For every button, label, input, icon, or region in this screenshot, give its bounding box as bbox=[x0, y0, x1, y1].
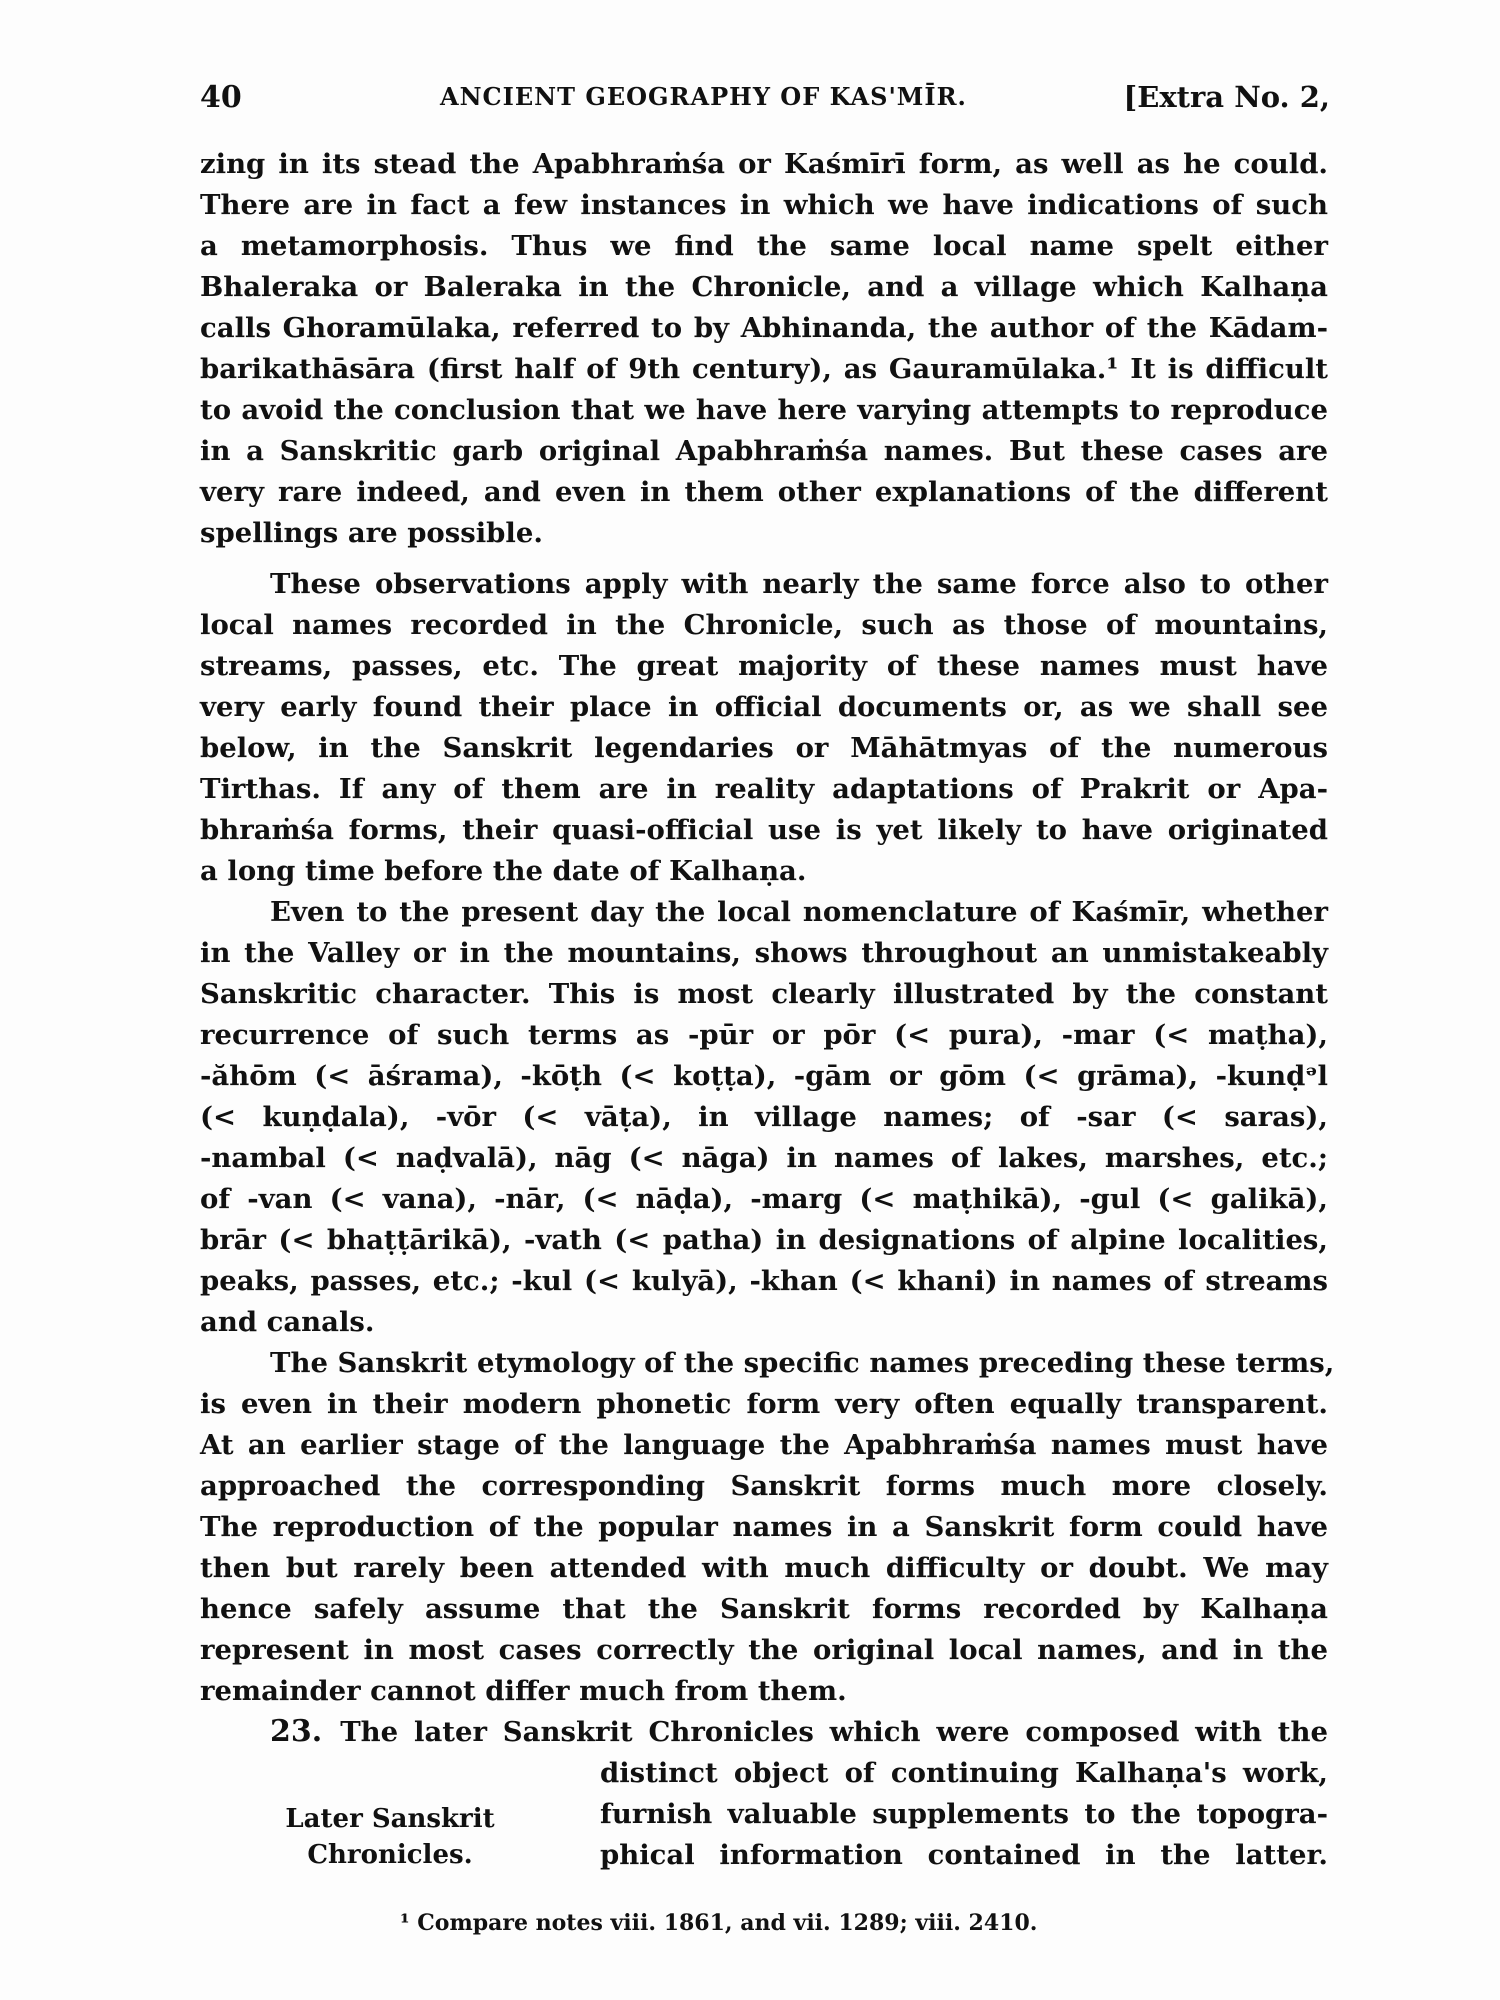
text-line: of -van (< vana), -nār, (< nāḍa), -marg … bbox=[200, 1180, 1328, 1218]
text-line: bhraṁśa forms, their quasi-official use … bbox=[200, 811, 1328, 849]
text-line: to avoid the conclusion that we have her… bbox=[200, 391, 1328, 429]
text-line: below, in the Sanskrit legendaries or Mā… bbox=[200, 729, 1328, 767]
text-line: -nambal (< naḍvalā), nāg (< nāga) in nam… bbox=[200, 1139, 1328, 1177]
text-line: calls Ghoramūlaka, referred to by Abhina… bbox=[200, 309, 1328, 347]
text-line: remainder cannot differ much from them. bbox=[200, 1672, 1328, 1710]
text-line: represent in most cases correctly the or… bbox=[200, 1631, 1328, 1669]
page-number: 40 bbox=[200, 80, 242, 115]
text-line: in the Valley or in the mountains, shows… bbox=[200, 934, 1328, 972]
text-line: streams, passes, etc. The great majority… bbox=[200, 647, 1328, 685]
text-line: zing in its stead the Apabhraṁśa or Kaśm… bbox=[200, 145, 1328, 183]
text-line: brār (< bhaṭṭārikā), -vath (< patha) in … bbox=[200, 1221, 1328, 1259]
text-line: phical information contained in the latt… bbox=[600, 1836, 1328, 1874]
book-page: 40 ANCIENT GEOGRAPHY OF KAS'MĪR. [Extra … bbox=[0, 0, 1500, 2000]
text-line: -ăhōm (< āśrama), -kōṭh (< koṭṭa), -gām … bbox=[200, 1057, 1328, 1095]
text-line: a long time before the date of Kalhaṇa. bbox=[200, 852, 1328, 890]
section-number: 23. bbox=[270, 1714, 322, 1749]
running-title: ANCIENT GEOGRAPHY OF KAS'MĪR. bbox=[440, 82, 967, 111]
page-header: 40 ANCIENT GEOGRAPHY OF KAS'MĪR. [Extra … bbox=[200, 78, 1330, 118]
text-line: There are in fact a few instances in whi… bbox=[200, 186, 1328, 224]
text-line: furnish valuable supplements to the topo… bbox=[600, 1795, 1328, 1833]
text-line: The reproduction of the popular names in… bbox=[200, 1508, 1328, 1546]
text-line: spellings are possible. bbox=[200, 514, 1328, 552]
text-line: very rare indeed, and even in them other… bbox=[200, 473, 1328, 511]
section-first-line-text: The later Sanskrit Chronicles which were… bbox=[340, 1716, 1328, 1748]
text-line: local names recorded in the Chronicle, s… bbox=[200, 606, 1328, 644]
text-line: is even in their modern phonetic form ve… bbox=[200, 1385, 1328, 1423]
section-first-line: 23.The later Sanskrit Chronicles which w… bbox=[270, 1713, 1328, 1751]
text-line: The Sanskrit etymology of the specific n… bbox=[270, 1344, 1328, 1382]
text-line: and canals. bbox=[200, 1303, 1328, 1341]
series-note: [Extra No. 2, bbox=[1124, 80, 1330, 114]
text-line: distinct object of continuing Kalhaṇa's … bbox=[600, 1754, 1328, 1792]
text-line: Even to the present day the local nomenc… bbox=[270, 893, 1328, 931]
text-line: a metamorphosis. Thus we find the same l… bbox=[200, 227, 1328, 265]
text-line: At an earlier stage of the language the … bbox=[200, 1426, 1328, 1464]
text-line: Sanskritic character. This is most clear… bbox=[200, 975, 1328, 1013]
text-line: barikathāsāra (first half of 9th century… bbox=[200, 350, 1328, 388]
margin-heading-line: Later Sanskrit bbox=[240, 1801, 540, 1837]
footnote: ¹ Compare notes viii. 1861, and vii. 128… bbox=[400, 1908, 1120, 1938]
text-line: then but rarely been attended with much … bbox=[200, 1549, 1328, 1587]
text-line: Bhaleraka or Baleraka in the Chronicle, … bbox=[200, 268, 1328, 306]
margin-heading-line: Chronicles. bbox=[240, 1837, 540, 1873]
text-line: approached the corresponding Sanskrit fo… bbox=[200, 1467, 1328, 1505]
text-line: hence safely assume that the Sanskrit fo… bbox=[200, 1590, 1328, 1628]
text-line: peaks, passes, etc.; -kul (< kulyā), -kh… bbox=[200, 1262, 1328, 1300]
text-line: in a Sanskritic garb original Apabhraṁśa… bbox=[200, 432, 1328, 470]
text-line: (< kuṇḍala), -vōr (< vāṭa), in village n… bbox=[200, 1098, 1328, 1136]
text-line: recurrence of such terms as -pūr or pōr … bbox=[200, 1016, 1328, 1054]
margin-heading: Later Sanskrit Chronicles. bbox=[240, 1801, 540, 1873]
text-line: very early found their place in official… bbox=[200, 688, 1328, 726]
text-line: These observations apply with nearly the… bbox=[270, 565, 1328, 603]
text-line: Tirthas. If any of them are in reality a… bbox=[200, 770, 1328, 808]
